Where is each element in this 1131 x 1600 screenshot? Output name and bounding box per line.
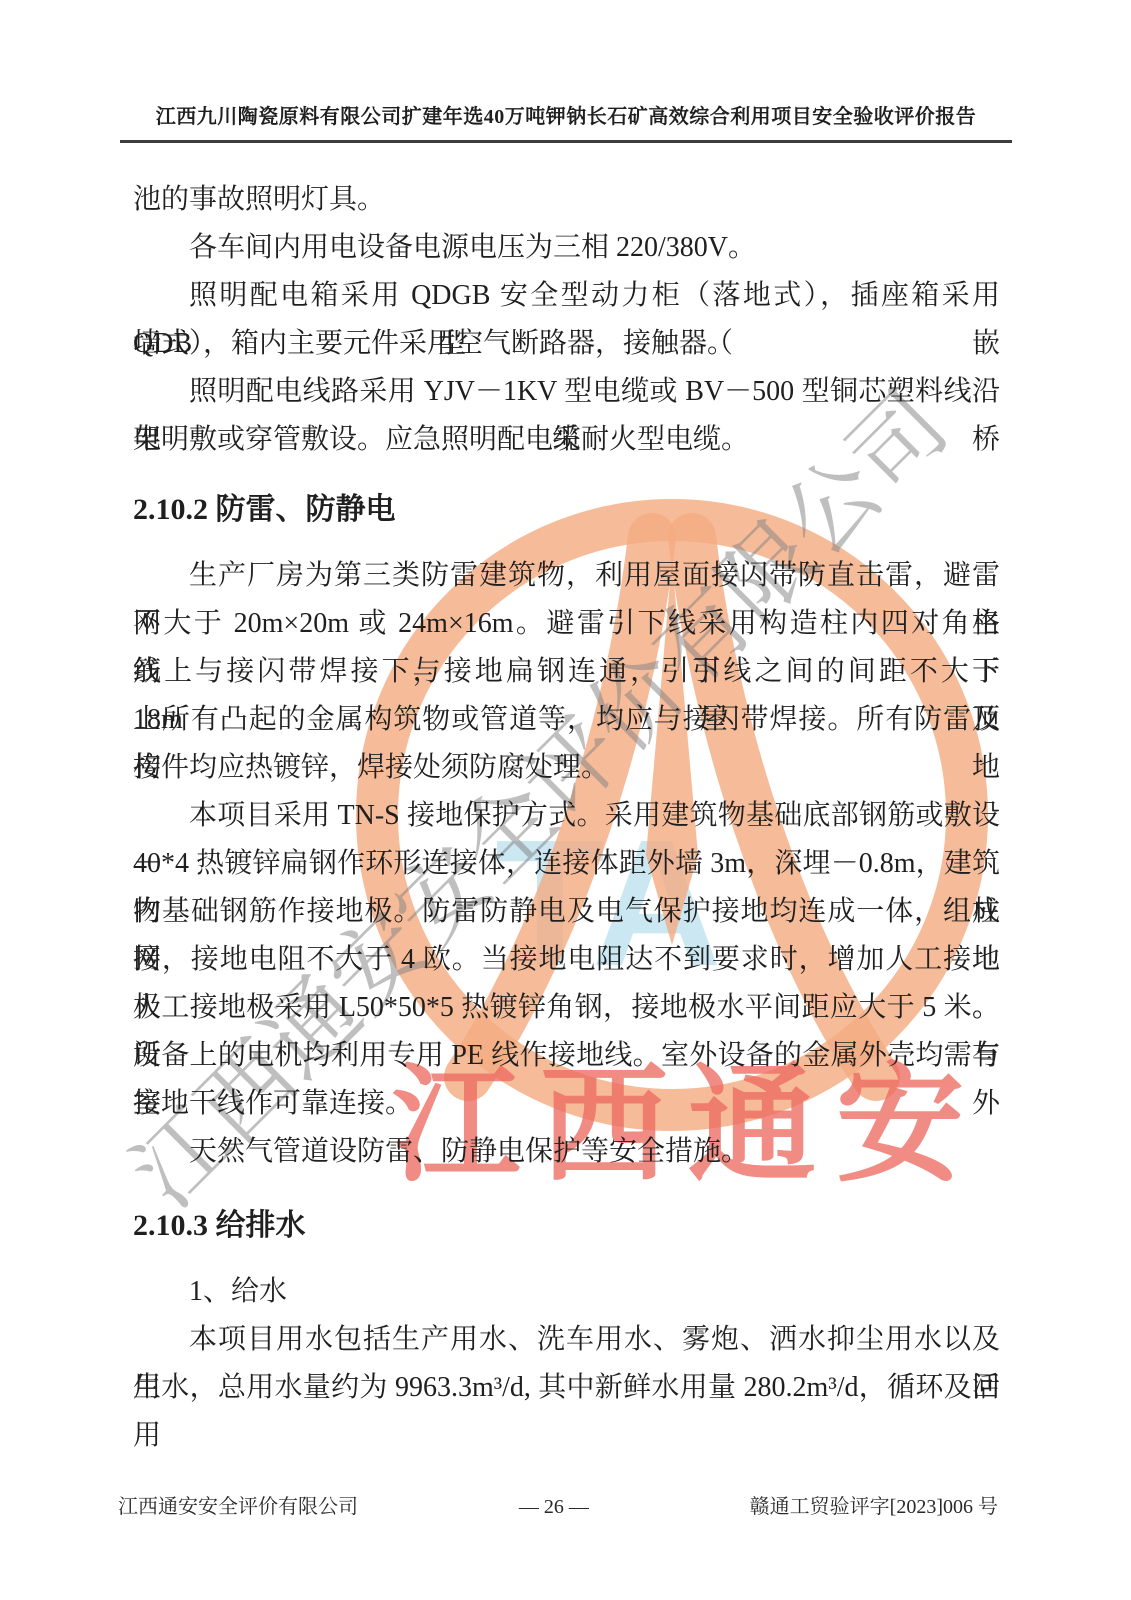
body-line: 1、给水 xyxy=(133,1268,1000,1316)
section-heading-2-10-2: 2.10.2 防雷、防静电 xyxy=(133,490,1000,530)
body-line: 40*4 热镀锌扁钢作环形连接体，连接体距外墙 3m，深埋－0.8m，建筑物柱 xyxy=(133,840,1000,888)
footer-page-number: — 26 — xyxy=(519,1496,589,1519)
body-line: 天然气管道设防雷、防静电保护等安全措施。 xyxy=(133,1128,1000,1176)
body-line: 人工接地极采用 L50*50*5 热镀锌角钢，接地极水平间距应大于 5 米。所有 xyxy=(133,984,1000,1032)
body-line: 上所有凸起的金属构筑物或管道等，均应与接闪带焊接。所有防雷及接地 xyxy=(133,696,1000,744)
page-footer: 江西通安安全评价有限公司 — 26 — 赣通工贸验评字[2023]006 号 xyxy=(118,1490,998,1519)
body-line: 网，接地电阻不大于 4 欧。当接地电阻达不到要求时，增加人工接地极。 xyxy=(133,936,1000,984)
body-line: 照明配电箱采用 QDGB 安全型动力柜（落地式），插座箱采用 QDB 型（嵌 xyxy=(133,272,1000,320)
footer-company: 江西通安安全评价有限公司 xyxy=(118,1490,358,1519)
body-line: 池的事故照明灯具。 xyxy=(133,176,1000,224)
body-line: 照明配电线路采用 YJV－1KV 型电缆或 BV－500 型铜芯塑料线沿电缆桥 xyxy=(133,368,1000,416)
body-line: 线上与接闪带焊接下与接地扁钢连通，引下线之间的间距不大于 18m。屋顶 xyxy=(133,648,1000,696)
body-line: 本项目用水包括生产用水、洗车用水、雾炮、洒水抑尘用水以及生活 xyxy=(133,1316,1000,1364)
body-line: 设备上的电机均利用专用 PE 线作接地线。室外设备的金属外壳均需与室外 xyxy=(133,1032,1000,1080)
report-title: 江西九川陶瓷原料有限公司扩建年选40万吨钾钠长石矿高效综合利用项目安全验收评价报… xyxy=(156,106,977,128)
page-header: 江西九川陶瓷原料有限公司扩建年选40万吨钾钠长石矿高效综合利用项目安全验收评价报… xyxy=(120,100,1012,143)
body-line: 生产厂房为第三类防雷建筑物，利用屋面接闪带防直击雷，避雷网格 xyxy=(133,552,1000,600)
body-line: 用水，总用水量约为 9963.3m³/d, 其中新鲜水用量 280.2m³/d，… xyxy=(133,1364,1000,1412)
document-page: TA 江西通安安全评价有限公司 江西通安 江西九川陶瓷原料有限公司扩建年选40万… xyxy=(0,0,1131,1600)
footer-doc-number: 赣通工贸验评字[2023]006 号 xyxy=(750,1490,998,1519)
section-heading-2-10-3: 2.10.3 给排水 xyxy=(133,1206,1000,1246)
body-line: 不大于 20m×20m 或 24m×16m。避雷引下线采用构造柱内四对角主筋，引… xyxy=(133,600,1000,648)
body-line: 各车间内用电设备电源电压为三相 220/380V。 xyxy=(133,224,1000,272)
body-line: 内基础钢筋作接地极。防雷防静电及电气保护接地均连成一体，组成接地 xyxy=(133,888,1000,936)
body-line: 本项目采用 TN-S 接地保护方式。采用建筑物基础底部钢筋或敷设－ xyxy=(133,792,1000,840)
document-body: 池的事故照明灯具。 各车间内用电设备电源电压为三相 220/380V。 照明配电… xyxy=(133,176,1000,1412)
